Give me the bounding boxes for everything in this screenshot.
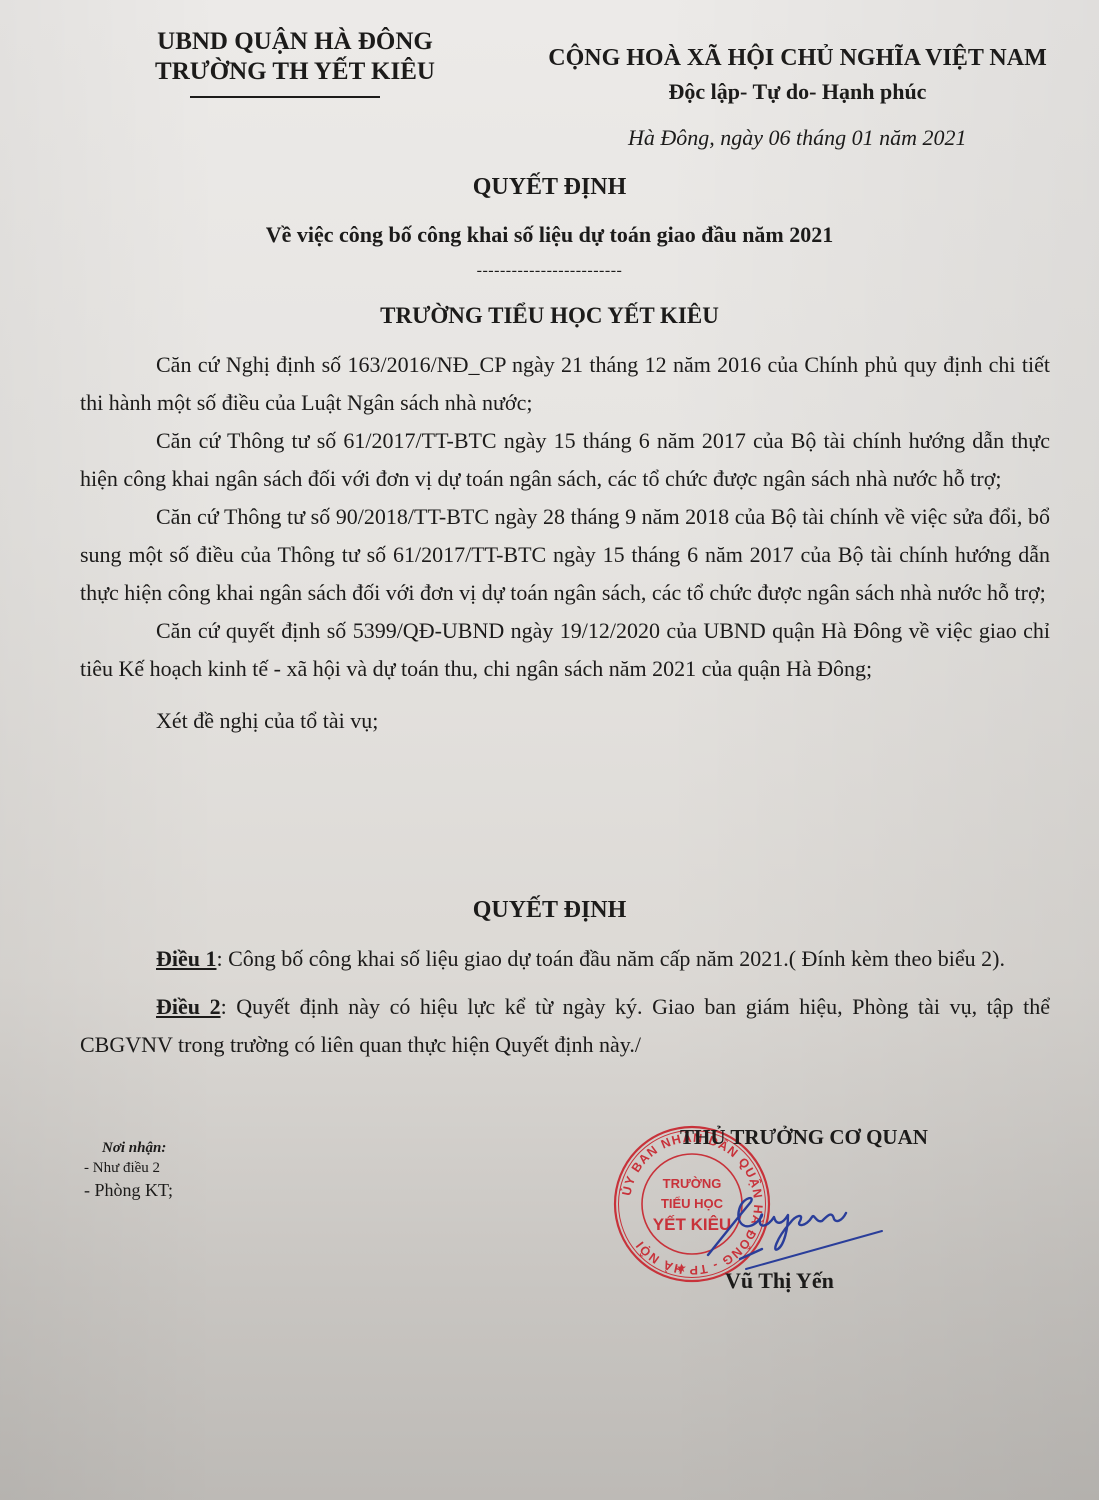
article-label: Điều 2 bbox=[156, 994, 221, 1019]
preamble-item: Căn cứ Thông tư số 90/2018/TT-BTC ngày 2… bbox=[80, 498, 1050, 612]
recipients: Nơi nhận: - Như điều 2 - Phòng KT; bbox=[84, 1138, 173, 1202]
national-title: CỘNG HOÀ XÃ HỘI CHỦ NGHĨA VIỆT NAM bbox=[545, 42, 1050, 75]
authority-underline bbox=[190, 96, 380, 98]
national-motto: Độc lập- Tự do- Hạnh phúc bbox=[545, 75, 1050, 108]
preamble-item: Căn cứ quyết định số 5399/QĐ-UBND ngày 1… bbox=[80, 612, 1050, 688]
authority-line-1: UBND QUẬN HÀ ĐÔNG bbox=[130, 27, 460, 57]
preamble: Căn cứ Nghị định số 163/2016/NĐ_CP ngày … bbox=[80, 346, 1050, 740]
place-date: Hà Đông, ngày 06 tháng 01 năm 2021 bbox=[628, 125, 967, 151]
document-title: QUYẾT ĐỊNH bbox=[0, 174, 1099, 201]
recipient-item: - Như điều 2 bbox=[84, 1158, 173, 1178]
handwritten-signature-icon bbox=[700, 1185, 900, 1275]
separator: ------------------------- bbox=[0, 262, 1099, 280]
national-header: CỘNG HOÀ XÃ HỘI CHỦ NGHĨA VIỆT NAM Độc l… bbox=[545, 42, 1050, 108]
decision-heading: QUYẾT ĐỊNH bbox=[0, 897, 1099, 924]
article-2: Điều 2: Quyết định này có hiệu lực kể từ… bbox=[80, 988, 1050, 1064]
document-subject: Về việc công bố công khai số liệu dự toá… bbox=[0, 222, 1099, 248]
article-text: : Công bố công khai số liệu giao dự toán… bbox=[217, 946, 1006, 971]
preamble-item: Xét đề nghị của tổ tài vụ; bbox=[80, 702, 1050, 740]
preamble-item: Căn cứ Nghị định số 163/2016/NĐ_CP ngày … bbox=[80, 346, 1050, 422]
issuing-authority: UBND QUẬN HÀ ĐÔNG TRƯỜNG TH YẾT KIÊU bbox=[130, 27, 460, 87]
articles: Điều 1: Công bố công khai số liệu giao d… bbox=[80, 940, 1050, 1064]
stamp-star-icon: ★ bbox=[676, 1261, 687, 1275]
article-1: Điều 1: Công bố công khai số liệu giao d… bbox=[80, 940, 1050, 978]
article-text: : Quyết định này có hiệu lực kể từ ngày … bbox=[80, 994, 1050, 1057]
recipient-item: - Phòng KT; bbox=[84, 1178, 173, 1202]
authority-line-2: TRƯỜNG TH YẾT KIÊU bbox=[130, 57, 460, 87]
signer-name: Vũ Thị Yến bbox=[725, 1268, 834, 1294]
issuer-name: TRƯỜNG TIỂU HỌC YẾT KIÊU bbox=[0, 303, 1099, 329]
preamble-item: Căn cứ Thông tư số 61/2017/TT-BTC ngày 1… bbox=[80, 422, 1050, 498]
signature-title: THỦ TRƯỞNG CƠ QUAN bbox=[680, 1125, 928, 1150]
article-label: Điều 1 bbox=[156, 946, 217, 971]
recipients-title: Nơi nhận: bbox=[84, 1138, 173, 1158]
